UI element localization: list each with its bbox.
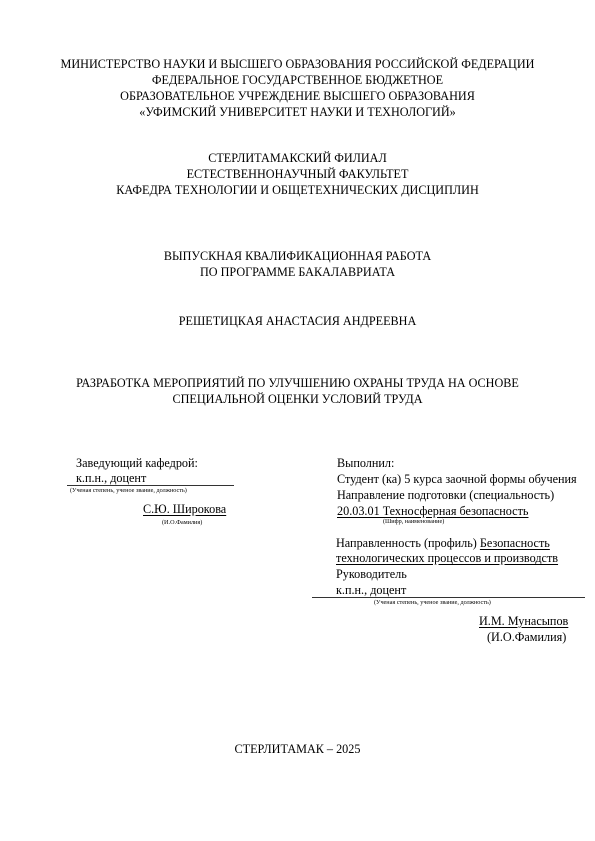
head-degree-line [67, 485, 234, 486]
supervisor-label: Руководитель [336, 566, 407, 582]
direction-value: 20.03.01 Техносферная безопасность [337, 503, 528, 519]
work-type-line-2: ПО ПРОГРАММЕ БАКАЛАВРИАТА [0, 264, 595, 280]
student-course: Студент (ка) 5 курса заочной формы обуче… [337, 471, 577, 487]
direction-label: Направление подготовки (специальность) [337, 487, 554, 503]
header-line-3: ОБРАЗОВАТЕЛЬНОЕ УЧРЕЖДЕНИЕ ВЫСШЕГО ОБРАЗ… [0, 88, 595, 104]
supervisor-name-caption: (И.О.Фамилия) [487, 629, 566, 645]
profile-value-2: технологических процессов и производств [336, 550, 558, 566]
supervisor-name: И.М. Мунасыпов [479, 613, 568, 629]
supervisor-degree-caption: (Ученая степень, ученое звание, должност… [374, 599, 491, 607]
header-line-2: ФЕДЕРАЛЬНОЕ ГОСУДАРСТВЕННОЕ БЮДЖЕТНОЕ [0, 72, 595, 88]
supervisor-degree: к.п.н., доцент [336, 582, 406, 598]
direction-caption: (Шифр, наименование) [383, 518, 444, 526]
work-type-line-1: ВЫПУСКНАЯ КВАЛИФИКАЦИОННАЯ РАБОТА [0, 248, 595, 264]
department-line: КАФЕДРА ТЕХНОЛОГИИ И ОБЩЕТЕХНИЧЕСКИХ ДИС… [0, 182, 595, 198]
author-name: РЕШЕТИЦКАЯ АНАСТАСИЯ АНДРЕЕВНА [0, 313, 595, 329]
profile-line: Направленность (профиль) Безопасность [336, 535, 550, 551]
profile-label: Направленность (профиль) [336, 536, 477, 550]
head-degree: к.п.н., доцент [76, 470, 146, 486]
header-line-1: МИНИСТЕРСТВО НАУКИ И ВЫСШЕГО ОБРАЗОВАНИЯ… [0, 56, 595, 72]
head-heading: Заведующий кафедрой: [76, 455, 198, 471]
faculty-line: ЕСТЕСТВЕННОНАУЧНЫЙ ФАКУЛЬТЕТ [0, 166, 595, 182]
profile-value-1: Безопасность [480, 536, 550, 550]
branch-line-1: СТЕРЛИТАМАКСКИЙ ФИЛИАЛ [0, 150, 595, 166]
student-heading: Выполнил: [337, 455, 394, 471]
supervisor-degree-line [312, 597, 585, 598]
header-line-4: «УФИМСКИЙ УНИВЕРСИТЕТ НАУКИ И ТЕХНОЛОГИЙ… [0, 104, 595, 120]
head-name: С.Ю. Широкова [143, 501, 226, 517]
city-year: СТЕРЛИТАМАК – 2025 [0, 741, 595, 757]
head-name-caption: (И.О.Фамилия) [162, 519, 202, 527]
title-line-1: РАЗРАБОТКА МЕРОПРИЯТИЙ ПО УЛУЧШЕНИЮ ОХРА… [0, 375, 595, 391]
title-line-2: СПЕЦИАЛЬНОЙ ОЦЕНКИ УСЛОВИЙ ТРУДА [0, 391, 595, 407]
head-degree-caption: (Ученая степень, ученое звание, должност… [70, 487, 187, 495]
